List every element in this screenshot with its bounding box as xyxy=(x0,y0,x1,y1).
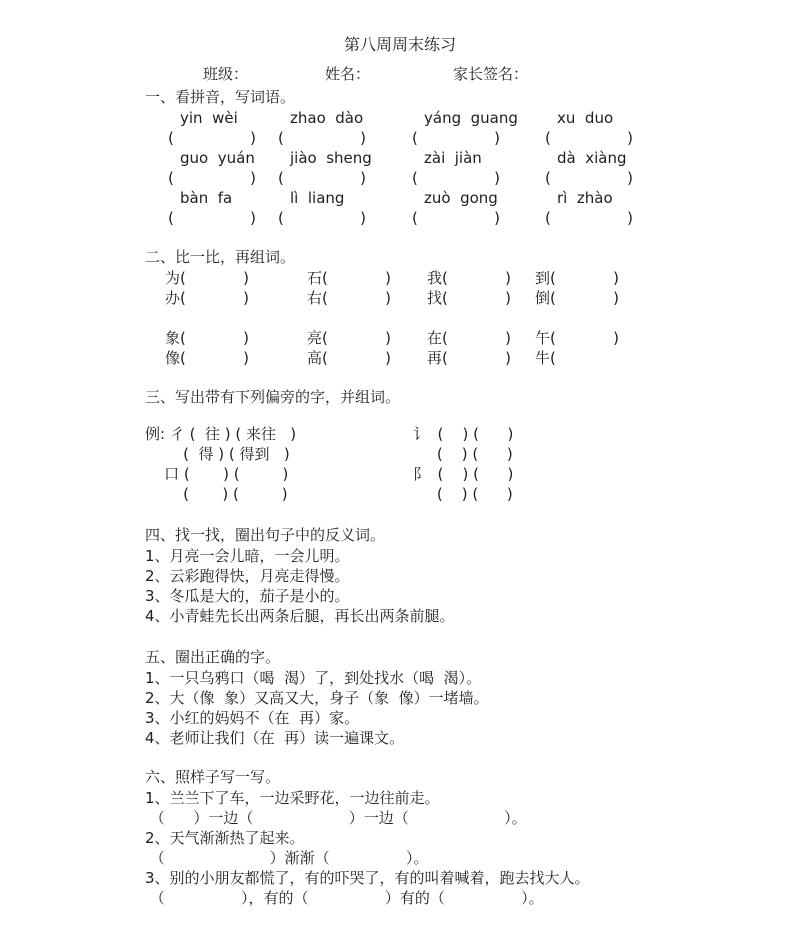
compare-row: 像( ) 高( ) 再( ) 牛( xyxy=(145,348,760,368)
pinyin-cell: zhao dào xyxy=(278,108,412,128)
answer-blank-row: ( ) ( ) ( ) ( ) xyxy=(145,208,760,228)
answer-blank-row: ( ) ( ) ( ) ( ) xyxy=(145,128,760,148)
compare-cell: 办( ) xyxy=(165,288,307,308)
compare-cell: 我( ) xyxy=(427,268,535,288)
sentence-line: 3、别的小朋友都慌了，有的吓哭了，有的叫着喊着，跑去找大人。 xyxy=(145,868,760,888)
section-correct-character: 五、圈出正确的字。 1、一只乌鸦口（喝 渴）了，到处找水（喝 渴）。 2、大（像… xyxy=(145,646,760,748)
section-pinyin: 一、看拼音，写词语。 yin wèi zhao dào yáng guang x… xyxy=(145,86,760,228)
compare-cell: 再( ) xyxy=(427,348,535,368)
radical-column-right: 讠 ( ) ( ) ( ) ( ) 阝 ( ) ( ) ( ) ( ) xyxy=(413,424,513,504)
section-radicals: 三、写出带有下列偏旁的字，并组词。 例: 彳 ( 往 ) ( 来往 ) ( 得 … xyxy=(145,386,760,504)
answer-blank-line: （ ）一边（ ）一边（ ）。 xyxy=(145,808,760,828)
radical-columns: 例: 彳 ( 往 ) ( 来往 ) ( 得 ) ( 得到 ) 口 ( ) ( )… xyxy=(145,424,760,504)
answer-blank: ( ) xyxy=(278,128,412,148)
radical-line: 讠 ( ) ( ) xyxy=(413,424,513,444)
section-2-heading: 二、比一比，再组词。 xyxy=(145,246,760,268)
pinyin-cell: rì zhào xyxy=(545,188,660,208)
compare-cell: 午( ) xyxy=(535,328,655,348)
radical-line: ( 得 ) ( 得到 ) xyxy=(145,444,413,464)
compare-row: 象( ) 亮( ) 在( ) 午( ) xyxy=(145,328,760,348)
compare-cell: 找( ) xyxy=(427,288,535,308)
answer-blank-row: ( ) ( ) ( ) ( ) xyxy=(145,168,760,188)
answer-blank: ( ) xyxy=(168,208,278,228)
answer-blank: ( ) xyxy=(278,168,412,188)
compare-row: 为( ) 石( ) 我( ) 到( ) xyxy=(145,268,760,288)
pinyin-cell: xu duo xyxy=(545,108,660,128)
answer-blank: ( ) xyxy=(545,208,660,228)
compare-cell: 倒( ) xyxy=(535,288,655,308)
pinyin-cell: yin wèi xyxy=(168,108,278,128)
section-6-heading: 六、照样子写一写。 xyxy=(145,766,760,788)
name-label: 姓名： xyxy=(325,64,370,84)
compare-row: 办( ) 右( ) 找( ) 倒( ) xyxy=(145,288,760,308)
compare-cell: 到( ) xyxy=(535,268,655,288)
radical-line: ( ) ( ) xyxy=(145,484,413,504)
answer-blank-line: （ ）渐渐（ ）。 xyxy=(145,848,760,868)
answer-blank: ( ) xyxy=(412,128,545,148)
compare-cell: 高( ) xyxy=(307,348,427,368)
pinyin-row: yin wèi zhao dào yáng guang xu duo xyxy=(145,108,760,128)
compare-cell: 石( ) xyxy=(307,268,427,288)
worksheet-page: 第八周周末练习 班级： 姓名： 家长签名： 一、看拼音，写词语。 yin wèi… xyxy=(0,0,800,932)
sentence-line: 3、冬瓜是大的，茄子是小的。 xyxy=(145,586,760,606)
answer-blank: ( ) xyxy=(412,208,545,228)
section-3-heading: 三、写出带有下列偏旁的字，并组词。 xyxy=(145,386,760,408)
sentence-line: 3、小红的妈妈不（在 再）家。 xyxy=(145,708,760,728)
class-label: 班级： xyxy=(203,64,248,84)
section-5-heading: 五、圈出正确的字。 xyxy=(145,646,760,668)
section-write-by-example: 六、照样子写一写。 1、兰兰下了车，一边采野花，一边往前走。 （ ）一边（ ）一… xyxy=(145,766,760,908)
compare-cell: 象( ) xyxy=(165,328,307,348)
sentence-line: 4、小青蛙先长出两条后腿，再长出两条前腿。 xyxy=(145,606,760,626)
compare-cell: 亮( ) xyxy=(307,328,427,348)
sentence-line: 2、云彩跑得快，月亮走得慢。 xyxy=(145,566,760,586)
section-antonyms: 四、找一找，圈出句子中的反义词。 1、月亮一会儿暗，一会儿明。 2、云彩跑得快，… xyxy=(145,524,760,626)
sentence-line: 2、天气渐渐热了起来。 xyxy=(145,828,760,848)
pinyin-row: bàn fa lì liang zuò gong rì zhào xyxy=(145,188,760,208)
compare-cell: 在( ) xyxy=(427,328,535,348)
pinyin-cell: yáng guang xyxy=(412,108,545,128)
answer-blank: ( ) xyxy=(168,168,278,188)
sentence-line: 2、大（像 象）又高又大，身子（象 像）一堵墙。 xyxy=(145,688,760,708)
page-title: 第八周周末练习 xyxy=(0,34,800,56)
pinyin-cell: jiào sheng xyxy=(278,148,412,168)
parent-sign-label: 家长签名： xyxy=(453,64,528,84)
blank-line xyxy=(145,308,760,328)
radical-column-left: 例: 彳 ( 往 ) ( 来往 ) ( 得 ) ( 得到 ) 口 ( ) ( )… xyxy=(145,424,413,504)
radical-line: ( ) ( ) xyxy=(413,484,513,504)
sentence-line: 4、老师让我们（在 再）读一遍课文。 xyxy=(145,728,760,748)
pinyin-cell: zuò gong xyxy=(412,188,545,208)
answer-blank: ( ) xyxy=(545,168,660,188)
section-compare-words: 二、比一比，再组词。 为( ) 石( ) 我( ) 到( ) 办( ) 右( )… xyxy=(145,246,760,368)
pinyin-cell: bàn fa xyxy=(168,188,278,208)
sentence-line: 1、兰兰下了车，一边采野花，一边往前走。 xyxy=(145,788,760,808)
answer-blank: ( ) xyxy=(412,168,545,188)
radical-line: 口 ( ) ( ) xyxy=(145,464,413,484)
sentence-line: 1、月亮一会儿暗，一会儿明。 xyxy=(145,546,760,566)
pinyin-row: guo yuán jiào sheng zài jiàn dà xiàng xyxy=(145,148,760,168)
answer-blank: ( ) xyxy=(168,128,278,148)
pinyin-cell: zài jiàn xyxy=(412,148,545,168)
radical-line: 例: 彳 ( 往 ) ( 来往 ) xyxy=(145,424,413,444)
radical-line: 阝 ( ) ( ) xyxy=(413,464,513,484)
section-4-heading: 四、找一找，圈出句子中的反义词。 xyxy=(145,524,760,546)
radical-line: ( ) ( ) xyxy=(413,444,513,464)
sentence-line: 1、一只乌鸦口（喝 渴）了，到处找水（喝 渴）。 xyxy=(145,668,760,688)
answer-blank-line: （ ），有的（ ）有的（ ）。 xyxy=(145,888,760,908)
compare-cell: 为( ) xyxy=(165,268,307,288)
pinyin-cell: lì liang xyxy=(278,188,412,208)
section-1-heading: 一、看拼音，写词语。 xyxy=(145,86,760,108)
answer-blank: ( ) xyxy=(278,208,412,228)
compare-cell: 右( ) xyxy=(307,288,427,308)
pinyin-cell: guo yuán xyxy=(168,148,278,168)
compare-cell: 牛( xyxy=(535,348,655,368)
compare-cell: 像( ) xyxy=(165,348,307,368)
answer-blank: ( ) xyxy=(545,128,660,148)
pinyin-cell: dà xiàng xyxy=(545,148,660,168)
